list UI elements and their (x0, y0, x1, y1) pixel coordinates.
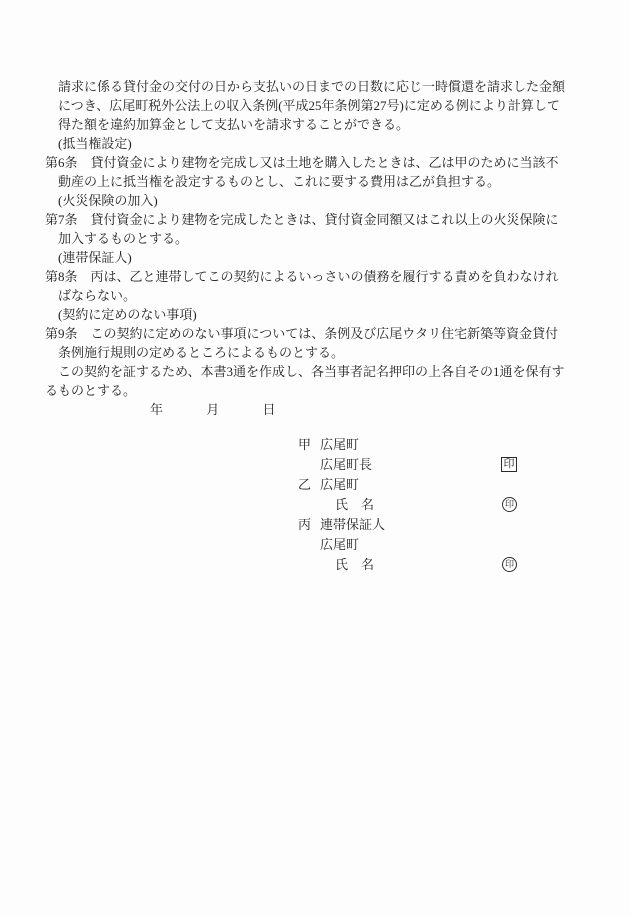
signature-row-party-c: 丙 連帯保証人 (298, 515, 578, 535)
document-line: この契約を証するため、本書3通を作成し、各当事者記名押印の上各自その1通を保有す (45, 362, 590, 381)
document-line: 請求に係る貸付金の交付の日から支払いの日までの日数に応じ一時償還を請求した金額 (45, 77, 590, 96)
circle-seal-icon: 印 (502, 557, 517, 572)
clause-heading-unstipulated: (契約に定めのない事項) (45, 305, 590, 324)
party-c-title: 連帯保証人 (320, 517, 385, 532)
party-b-name: 広尾町 (320, 477, 359, 492)
party-b-label: 乙 (298, 475, 311, 495)
document-line: 条例施行規則の定めるところによるものとする。 (45, 343, 590, 362)
document-line: 動産の上に抵当権を設定するものとし、これに要する費用は乙が負担する。 (45, 172, 590, 191)
article-9-line: 第9条 この契約に定めのない事項については、条例及び広尾ウタリ住宅新築等資金貸付 (45, 324, 590, 343)
party-c-label: 丙 (298, 515, 311, 535)
party-a-name: 広尾町 (320, 437, 359, 452)
clause-heading-mortgage: (抵当権設定) (45, 134, 590, 153)
article-7-line: 第7条 貸付資金により建物を完成したときは、貸付資金同額又はこれ以上の火災保険に (45, 210, 590, 229)
party-b-signer-name-label: 氏 名 (335, 497, 374, 512)
document-line: 得た額を違約加算金として支払いを請求することができる。 (45, 115, 590, 134)
article-8-line: 第8条 丙は、乙と連帯してこの契約によるいっさいの債務を履行する責めを負わなけれ (45, 267, 590, 286)
signature-row-party-a: 甲 広尾町 (298, 435, 578, 455)
date-day-label: 日 (263, 402, 276, 417)
circle-seal-icon: 印 (502, 497, 517, 512)
date-year-label: 年 (150, 402, 163, 417)
signature-block: 甲 広尾町 広尾町長 印 乙 広尾町 氏 名 印 丙 連帯保証人 広尾町 氏 名… (298, 435, 578, 575)
document-line: につき、広尾町税外公法上の収入条例(平成25年条例第27号)に定める例により計算… (45, 96, 590, 115)
signature-row-party-b-signer: 氏 名 印 (298, 495, 578, 515)
party-a-label: 甲 (298, 435, 311, 455)
clause-heading-guarantor: (連帯保証人) (45, 248, 590, 267)
date-month-label: 月 (206, 402, 219, 417)
date-line: 年 月 日 (45, 400, 590, 419)
document-line: るものとする。 (45, 381, 590, 400)
clause-heading-fire-insurance: (火災保険の加入) (45, 191, 590, 210)
document-line: ばならない。 (45, 286, 590, 305)
mayor-title: 広尾町長 (320, 457, 372, 472)
contract-body: 請求に係る貸付金の交付の日から支払いの日までの日数に応じ一時償還を請求した金額 … (45, 77, 590, 419)
party-c-signer-name-label: 氏 名 (335, 557, 374, 572)
article-6-line: 第6条 貸付資金により建物を完成し又は土地を購入したときは、乙は甲のために当該不 (45, 153, 590, 172)
document-line: 加入するものとする。 (45, 229, 590, 248)
contract-page: 請求に係る貸付金の交付の日から支払いの日までの日数に応じ一時償還を請求した金額 … (0, 0, 630, 915)
signature-row-party-b: 乙 広尾町 (298, 475, 578, 495)
signature-row-party-c-address: 広尾町 (298, 535, 578, 555)
party-c-address: 広尾町 (320, 537, 359, 552)
signature-row-mayor: 広尾町長 印 (298, 455, 578, 475)
signature-row-party-c-signer: 氏 名 印 (298, 555, 578, 575)
square-seal-icon: 印 (501, 457, 517, 472)
